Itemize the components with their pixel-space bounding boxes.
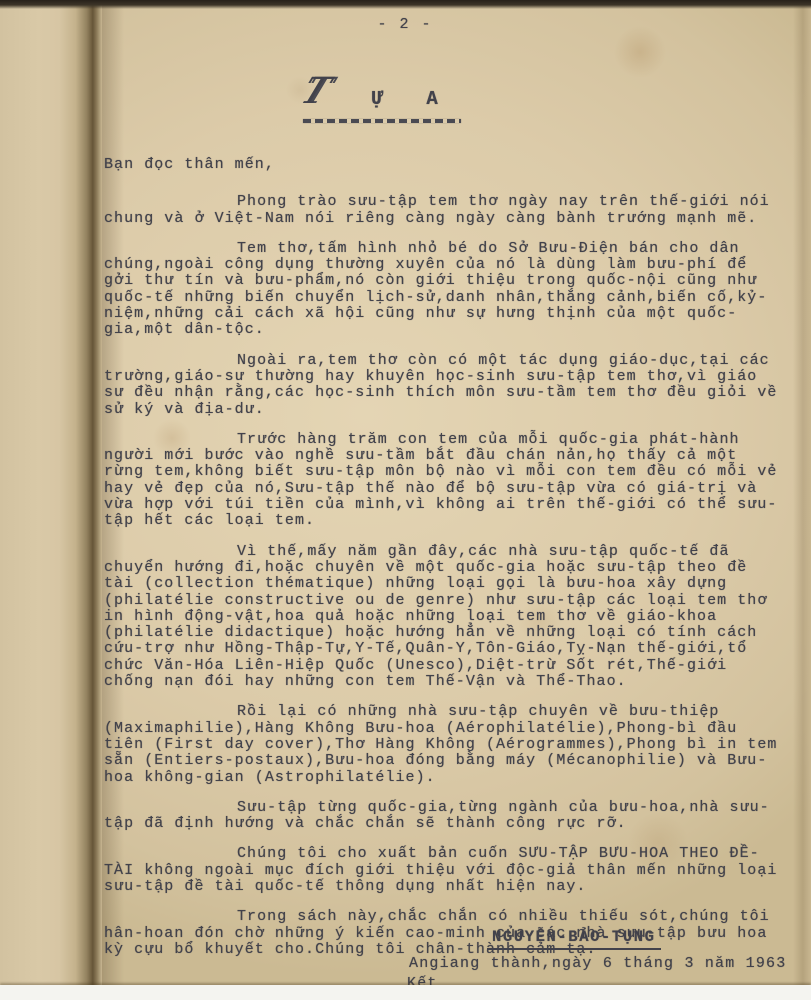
title-block: T Ự A — [303, 74, 438, 110]
author-signature: NGUYỄN-BẢO-TỤNG — [487, 928, 661, 950]
paragraph-6: Rồi lại có những nhà sưu-tập chuyên về b… — [104, 704, 782, 785]
paragraph-9: Trong sách này,chắc chắn có nhiều thiếu … — [104, 909, 782, 958]
clipped-bottom-line: Kết — [407, 975, 667, 985]
paragraph-1: Phong trào sưu-tập tem thơ ngày nay trên… — [104, 194, 782, 227]
letter-body: Bạn đọc thân mến, Phong trào sưu-tập tem… — [104, 157, 782, 972]
paragraph-2: Tem thơ,tấm hình nhỏ bé do Sở Bưu-Điện b… — [104, 241, 782, 339]
paragraph-4: Trước hàng trăm con tem của mỗi quốc-gia… — [104, 432, 782, 530]
page-number: - 2 - — [360, 16, 450, 33]
dateline: Angiang thành,ngày 6 tháng 3 năm 1963 — [409, 955, 786, 972]
scanned-book-photo: - 2 - T Ự A Bạn đọc thân mến, Phong trào… — [0, 0, 811, 1000]
title-letter-a: A — [426, 88, 437, 110]
page-right-edge — [793, 0, 811, 986]
book-top-edge — [0, 0, 811, 9]
scan-background-strip — [0, 985, 811, 1000]
salutation: Bạn đọc thân mến, — [104, 157, 782, 173]
paragraph-3: Ngoài ra,tem thơ còn có một tác dụng giá… — [104, 353, 782, 418]
previous-page-edge — [0, 0, 102, 986]
paragraph-8: Chúng tôi cho xuất bản cuốn SƯU-TẬP BƯU-… — [104, 846, 782, 895]
paragraph-7: Sưu-tập từng quốc-gia,từng ngành của bưu… — [104, 800, 782, 833]
title-letter-u: Ự — [371, 88, 382, 110]
paragraph-5: Vì thế,mấy năm gần đây,các nhà sưu-tập q… — [104, 544, 782, 691]
title-underline-dashes — [303, 119, 461, 123]
